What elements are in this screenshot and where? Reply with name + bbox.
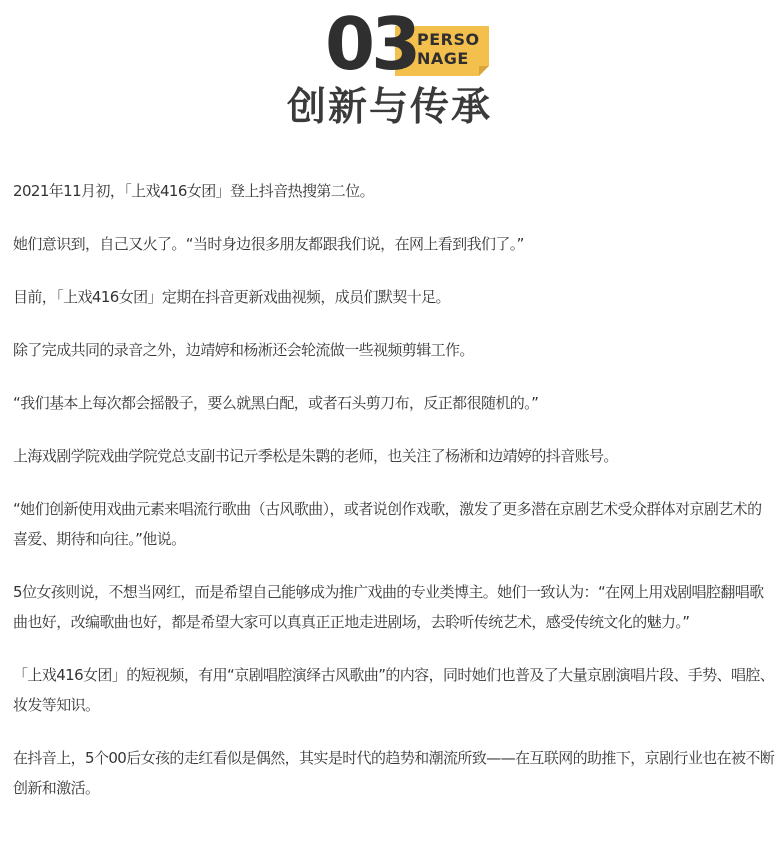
badge-word-line1: PERSO bbox=[417, 32, 480, 48]
section-title: 创新与传承 bbox=[0, 88, 779, 127]
section-badge: 03 PERSO NAGE bbox=[325, 22, 495, 82]
paragraph: 5位女孩则说，不想当网红，而是希望自己能够成为推广戏曲的专业类博主。她们一致认为… bbox=[13, 577, 775, 637]
paragraph: 2021年11月初，「上戏416女团」登上抖音热搜第二位。 bbox=[13, 176, 775, 206]
paragraph: “她们创新使用戏曲元素来唱流行歌曲（古风歌曲），或者说创作戏歌，激发了更多潜在京… bbox=[13, 494, 775, 554]
section-number: 03 bbox=[325, 8, 417, 80]
paragraph: “我们基本上每次都会摇骰子，要么就黑白配，或者石头剪刀布，反正都很随机的。” bbox=[13, 388, 775, 418]
paragraph: 她们意识到，自己又火了。“当时身边很多朋友都跟我们说，在网上看到我们了。” bbox=[13, 229, 775, 259]
paragraph: 除了完成共同的录音之外，边靖婷和杨淅还会轮流做一些视频剪辑工作。 bbox=[13, 335, 775, 365]
paragraph: 上海戏剧学院戏曲学院党总支副书记亓季松是朱鹮的老师，也关注了杨淅和边靖婷的抖音账… bbox=[13, 441, 775, 471]
section-header: 03 PERSO NAGE 创新与传承 bbox=[0, 0, 779, 150]
paragraph: 目前，「上戏416女团」定期在抖音更新戏曲视频，成员们默契十足。 bbox=[13, 282, 775, 312]
paragraph: 在抖音上，5个00后女孩的走红看似是偶然，其实是时代的趋势和潮流所致——在互联网… bbox=[13, 743, 775, 803]
article-body: 2021年11月初，「上戏416女团」登上抖音热搜第二位。 她们意识到，自己又火… bbox=[13, 176, 775, 826]
paragraph: 「上戏416女团」的短视频，有用“京剧唱腔演绎古风歌曲”的内容，同时她们也普及了… bbox=[13, 660, 775, 720]
badge-word-line2: NAGE bbox=[417, 51, 469, 67]
